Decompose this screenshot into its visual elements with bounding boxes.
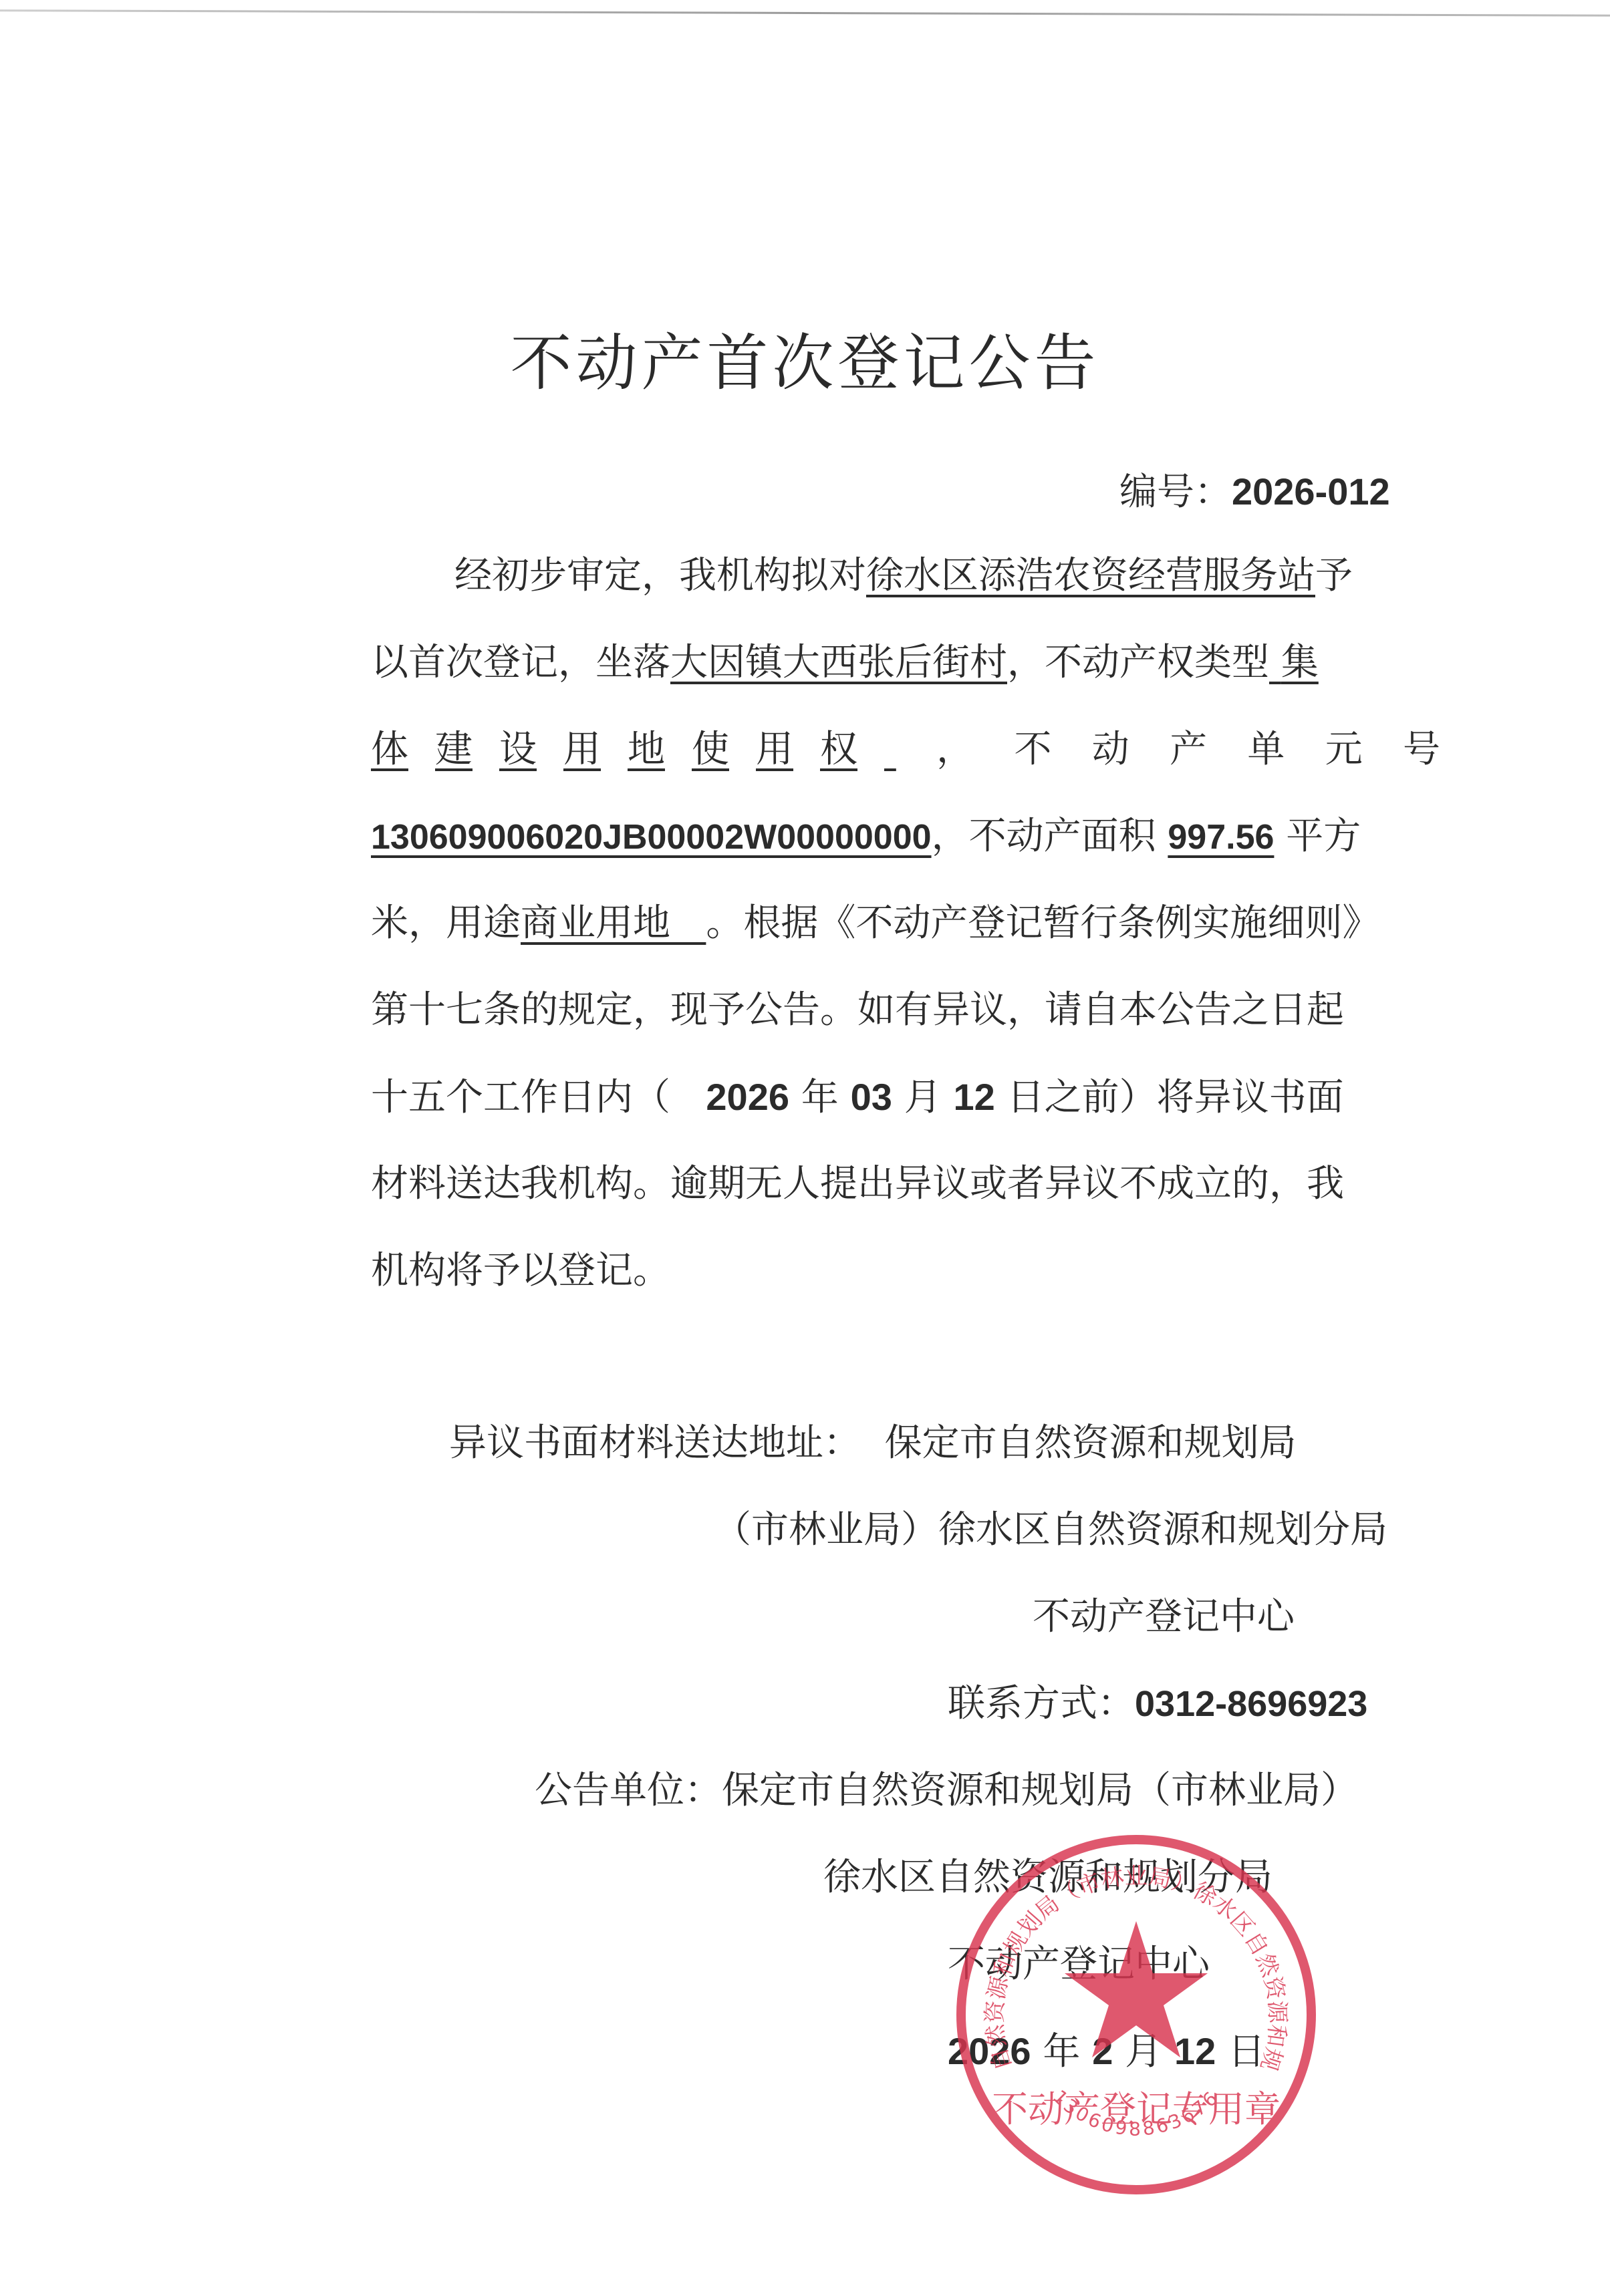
page-title: 不动产首次登记公告 <box>0 314 1610 402</box>
body-line-1: 经初步审定，我机构拟对徐水区添浩农资经营服务站予 <box>454 549 1440 603</box>
right-type: 体建设用地使用权 <box>371 723 896 776</box>
deadline-year: 2026 <box>706 1076 789 1118</box>
body-text: 米，用途 <box>371 901 521 945</box>
body-text: 经初步审定，我机构拟对 <box>454 554 866 597</box>
objection-address-line-2: （市林业局）徐水区自然资源和规划分局 <box>714 1503 1387 1557</box>
issuer-line-2: 徐水区自然资源和规划分局 <box>823 1851 1272 1904</box>
issuer-label: 公告单位： <box>535 1769 722 1812</box>
deadline-month: 03 <box>851 1076 892 1118</box>
body-line-3: 体建设用地使用权 ， 不动产单元号 <box>371 723 1440 776</box>
body-text: 平方 <box>1286 815 1361 858</box>
issue-month: 2 <box>1092 2030 1113 2072</box>
body-line-2: 以首次登记，坐落大因镇大西张后街村，不动产权类型 集 <box>371 636 1440 690</box>
applicant-name: 徐水区添浩农资经营服务站 <box>866 554 1315 597</box>
unit-number: 130609006020JB00002W00000000 <box>371 818 932 857</box>
body-text: 。根据《不动产登记暂行条例实施细则》 <box>706 901 1379 945</box>
deadline-day: 12 <box>954 1076 995 1118</box>
contact-info: 联系方式：0312-8696923 <box>948 1677 1367 1731</box>
issue-year: 2026 <box>948 2030 1031 2072</box>
contact-label: 联系方式： <box>948 1682 1135 1725</box>
property-area: 997.56 <box>1168 818 1274 857</box>
objection-address-line-1: 异议书面材料送达地址： 保定市自然资源和规划局 <box>449 1417 1297 1470</box>
document-number: 编号：2026-012 <box>1119 462 1390 516</box>
body-text: 予 <box>1315 554 1353 597</box>
issue-day: 12 <box>1174 2030 1216 2072</box>
document-number-label: 编号： <box>1119 470 1232 514</box>
scan-edge-line <box>0 9 1610 17</box>
property-location: 大因镇大西张后街村 <box>670 641 1007 684</box>
seal-center-text: 不动产登记专用章 <box>992 2088 1281 2130</box>
land-usage: 商业用地 <box>521 901 706 945</box>
body-text: ， <box>936 723 974 776</box>
body-text: ，不动产权类型 <box>1007 641 1269 684</box>
contact-phone: 0312-8696923 <box>1135 1684 1367 1724</box>
body-line-7: 十五个工作日内（ 2026 年 03 月 12 日之前）将异议书面 <box>371 1070 1440 1125</box>
objection-address-line-3: 不动产登记中心 <box>1033 1590 1295 1644</box>
body-text: 以首次登记，坐落 <box>371 641 670 684</box>
body-text: 十五个工作日内（ <box>371 1076 670 1119</box>
issue-date: 2026 年 2 月 12 日 <box>948 2025 1265 2079</box>
issuer-line-3: 不动产登记中心 <box>948 1938 1210 1991</box>
body-text: 日之前）将异议书面 <box>1007 1076 1344 1119</box>
seal-code: 1306098863676 <box>1049 2086 1224 2140</box>
right-type-start: 集 <box>1269 641 1319 684</box>
objection-address-label: 异议书面材料送达地址： <box>449 1421 861 1465</box>
body-line-6: 第十七条的规定，现予公告。如有异议，请自本公告之日起 <box>371 984 1440 1037</box>
body-line-8: 材料送达我机构。逾期无人提出异议或者异议不成立的，我 <box>371 1157 1440 1211</box>
body-line-5: 米，用途商业用地 。根据《不动产登记暂行条例实施细则》 <box>371 897 1440 950</box>
issuer-line-1: 公告单位：保定市自然资源和规划局（市林业局） <box>535 1764 1358 1818</box>
body-line-9: 机构将予以登记。 <box>371 1244 1440 1298</box>
document-number-value: 2026-012 <box>1232 470 1390 513</box>
body-text: ，不动产面积 <box>932 815 1156 858</box>
body-line-4: 130609006020JB00002W00000000，不动产面积 997.5… <box>371 810 1440 864</box>
